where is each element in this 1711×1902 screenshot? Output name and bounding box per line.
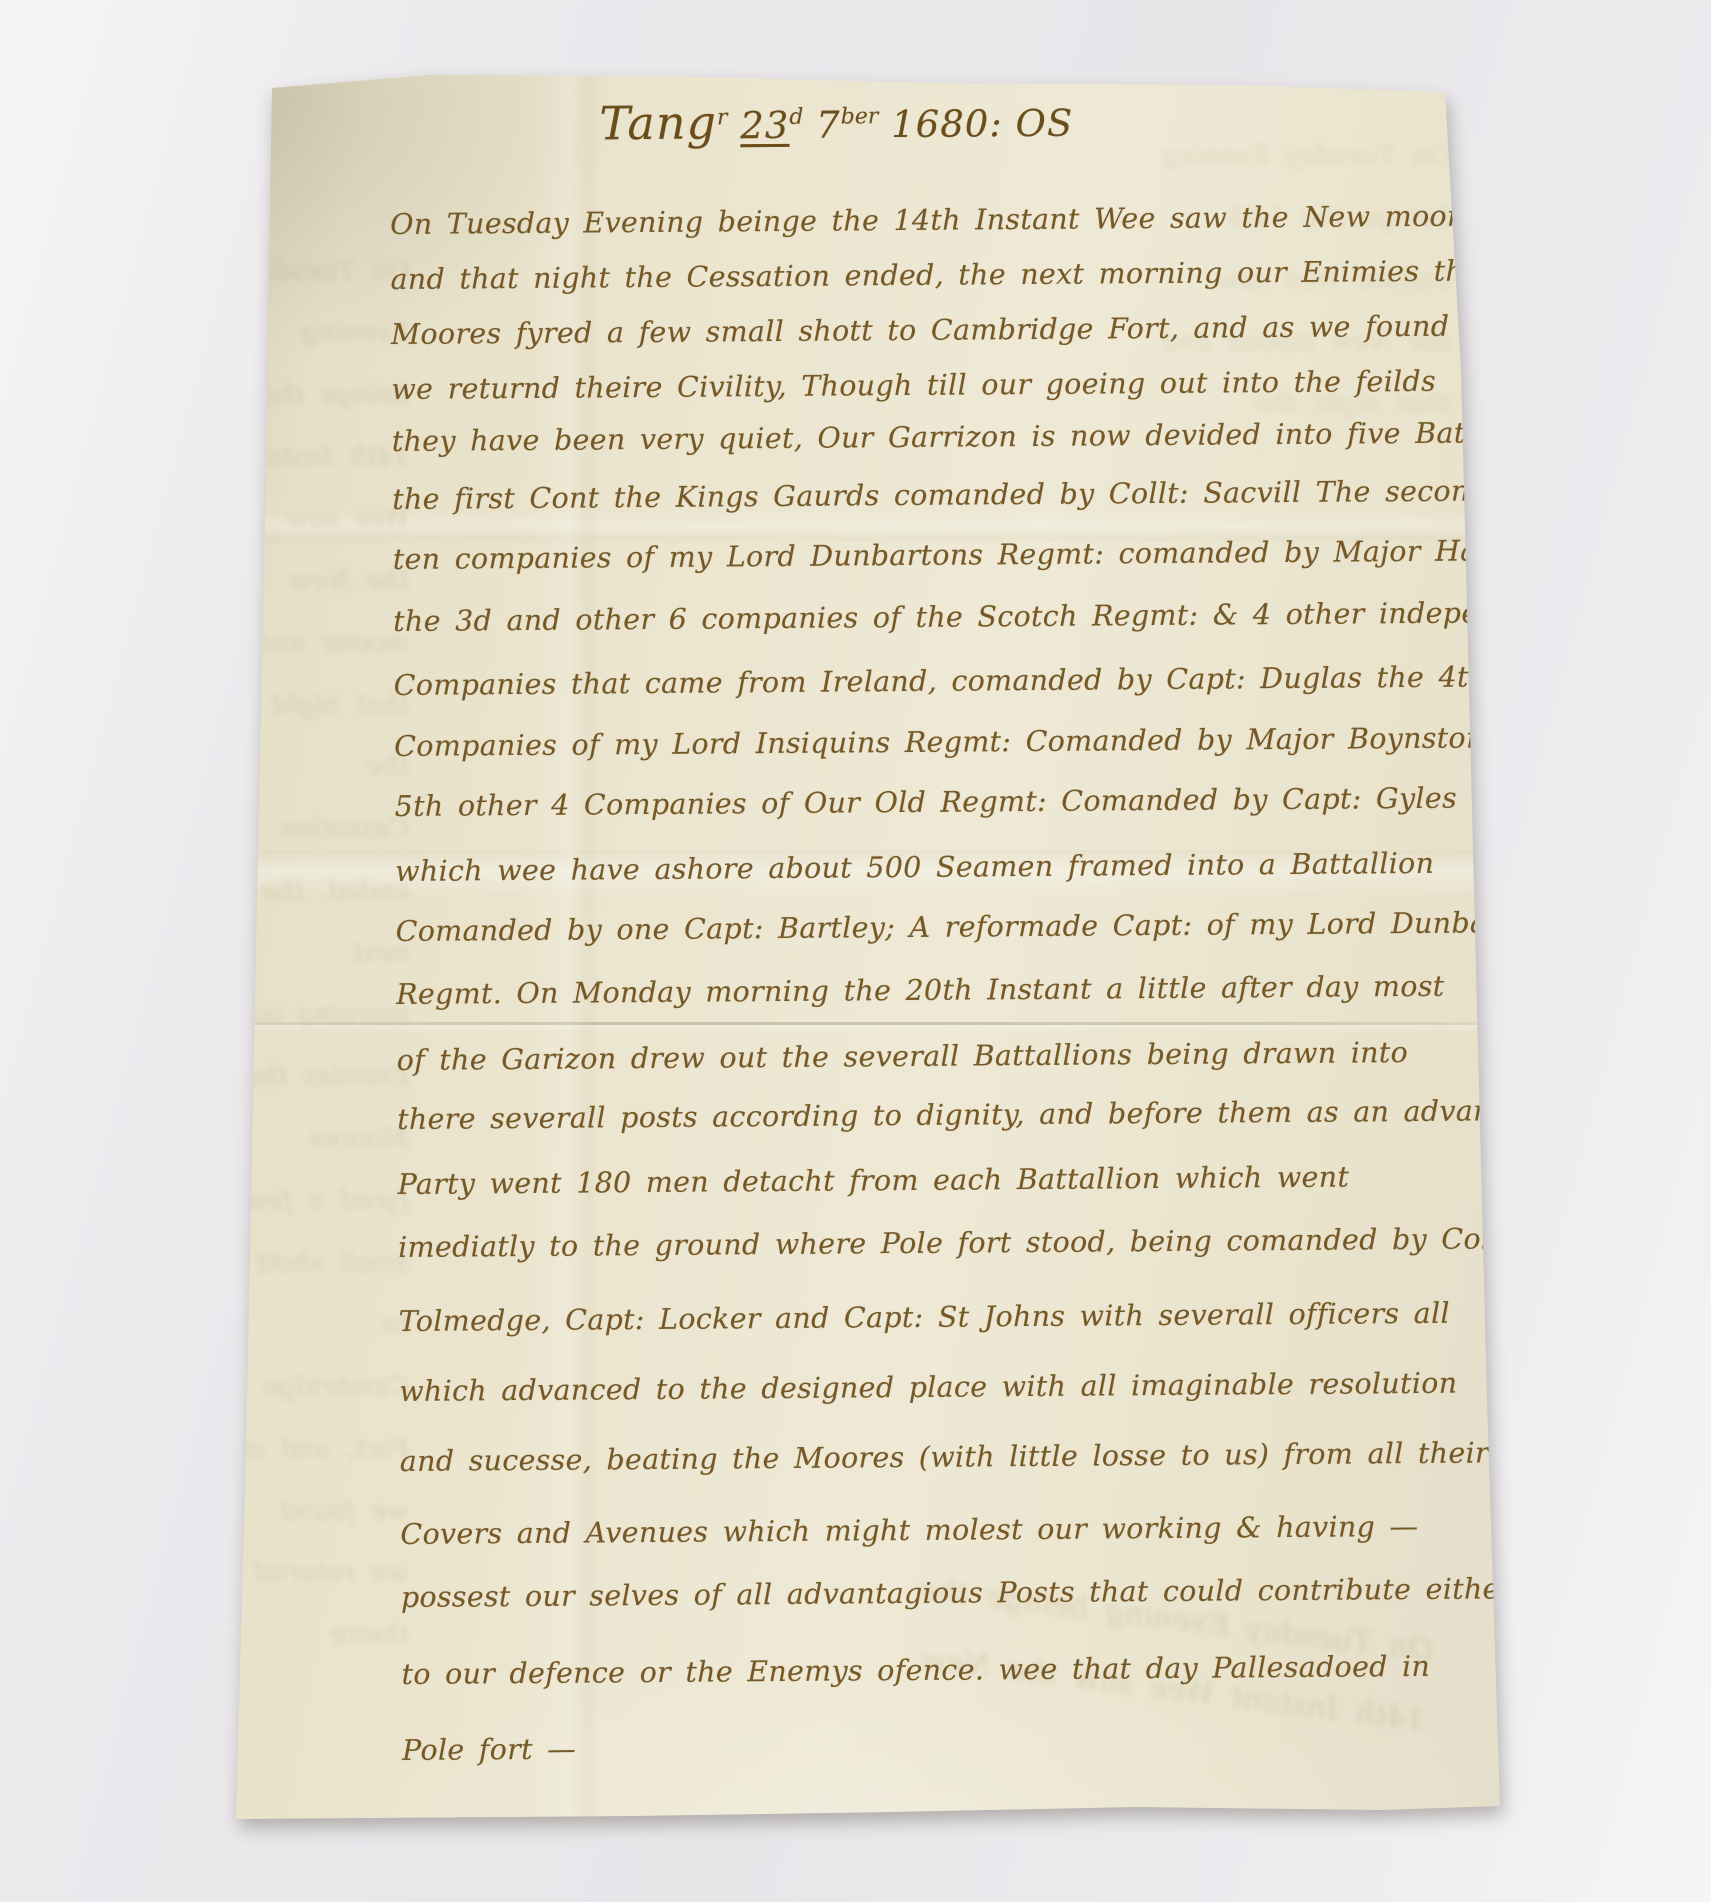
photo-background: On Tuesday Evening beinge the 14th Insta…	[0, 0, 1711, 1902]
manuscript-line: Covers and Avenues which might molest ou…	[400, 1507, 1510, 1556]
manuscript-line: which wee have ashore about 500 Seamen f…	[395, 844, 1505, 893]
manuscript-lines: On Tuesday Evening beinge the 14th Insta…	[229, 61, 1509, 71]
manuscript-line: On Tuesday Evening beinge the 14th Insta…	[390, 197, 1500, 246]
dateline: Tangr 23d 7ber 1680: OS	[599, 92, 1119, 150]
manuscript-line: Pole fort —	[402, 1723, 1512, 1772]
dateline-year: 1680: OS	[891, 102, 1073, 146]
manuscript-line: Companies of my Lord Insiquins Regmt: Co…	[394, 719, 1504, 768]
manuscript-line: possest our selves of all advantagious P…	[401, 1570, 1511, 1619]
manuscript-line: Comanded by one Capt: Bartley; A reforma…	[396, 904, 1506, 953]
manuscript-line: Companies that came from Ireland, comand…	[394, 658, 1504, 707]
manuscript-line: the first Cont the Kings Gaurds comanded…	[392, 472, 1502, 521]
dateline-month: 7	[816, 103, 841, 146]
manuscript-line: ten companies of my Lord Dunbartons Regm…	[393, 532, 1503, 581]
manuscript-line: there severall posts according to dignit…	[397, 1092, 1507, 1141]
dateline-month-superscript: ber	[841, 104, 879, 129]
manuscript-line: which advanced to the designed place wit…	[399, 1364, 1509, 1413]
manuscript-line: of the Garizon drew out the severall Bat…	[397, 1033, 1507, 1082]
dateline-day-superscript: d	[789, 105, 803, 130]
dateline-day: 23	[740, 104, 789, 147]
manuscript-text: Tangr 23d 7ber 1680: OS On Tuesday Eveni…	[229, 61, 1523, 1831]
manuscript-line: to our defence or the Enemys ofence. wee…	[401, 1647, 1511, 1696]
manuscript-line: and sucesse, beating the Moores (with li…	[400, 1434, 1510, 1483]
manuscript-line: we returnd theire Civility, Though till …	[391, 362, 1501, 411]
manuscript-line: 5th other 4 Companies of Our Old Regmt: …	[395, 779, 1505, 828]
stray-ink-mark	[251, 506, 256, 522]
manuscript-line: Moores fyred a few small shott to Cambri…	[391, 307, 1501, 356]
dateline-place: Tang	[599, 95, 717, 150]
manuscript-line: and that night the Cessation ended, the …	[390, 252, 1500, 301]
manuscript-line: Tolmedge, Capt: Locker and Capt: St John…	[399, 1294, 1509, 1343]
paper-shadow: On Tuesday Evening beinge the 14th Insta…	[0, 0, 1711, 1902]
dateline-place-superscript: r	[717, 105, 728, 130]
manuscript-line: imediatly to the ground where Pole fort …	[398, 1220, 1508, 1269]
manuscript-line: Regmt. On Monday morning the 20th Instan…	[396, 967, 1506, 1016]
manuscript-line: they have been very quiet, Our Garrizon …	[392, 414, 1502, 463]
manuscript-paper: On Tuesday Evening beinge the 14th Insta…	[230, 70, 1510, 1830]
manuscript-line: the 3d and other 6 companies of the Scot…	[393, 594, 1503, 643]
manuscript-line: Party went 180 men detacht from each Bat…	[398, 1157, 1508, 1206]
